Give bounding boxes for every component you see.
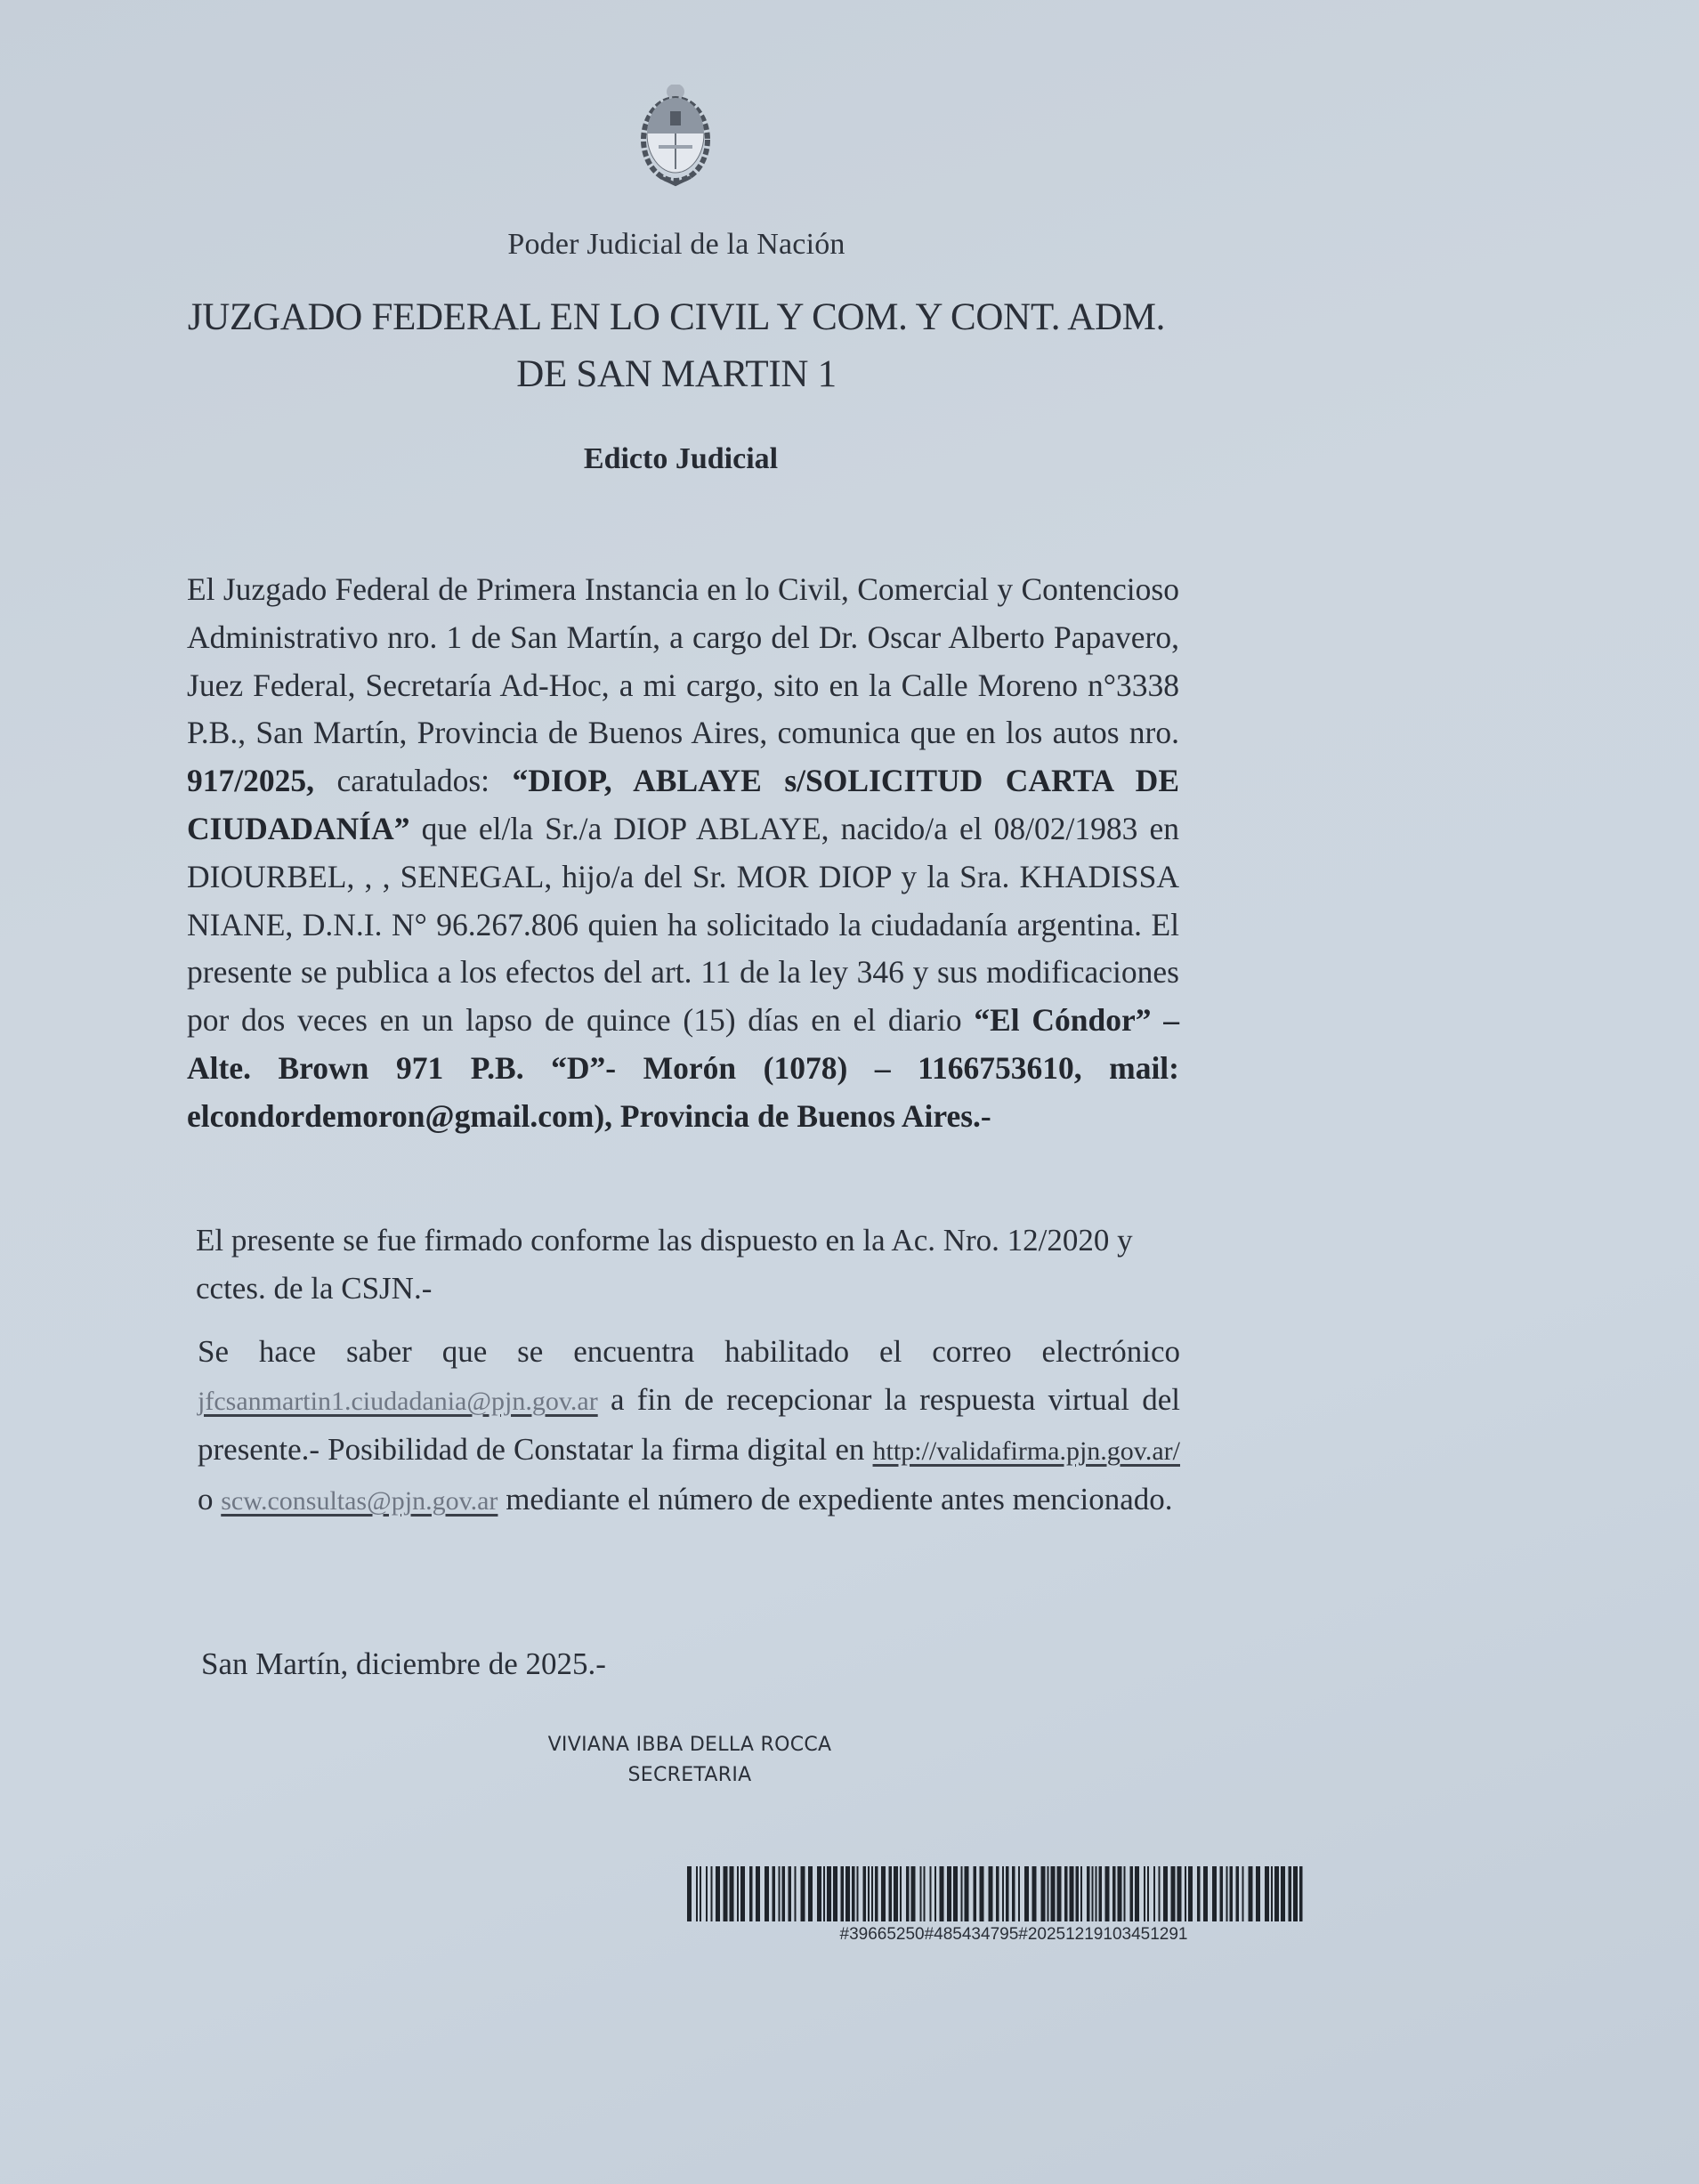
signature-block: VIVIANA IBBA DELLA ROCCA SECRETARIA: [498, 1730, 881, 1791]
validation-link[interactable]: http://validafirma.pjn.gov.ar/: [873, 1436, 1180, 1466]
signature-notice-paragraph: El presente se fue firmado conforme las …: [196, 1217, 1175, 1313]
contact-closing: mediante el número de expediente antes m…: [498, 1482, 1172, 1517]
barcode-block: #39665250#485434795#20251219103451291: [687, 1866, 1305, 1945]
court-name: JUZGADO FEDERAL EN LO CIVIL Y COM. Y CON…: [182, 289, 1170, 403]
signer-title: SECRETARIA: [498, 1760, 881, 1791]
place-and-date: San Martín, diciembre de 2025.-: [201, 1646, 606, 1682]
case-number: 917/2025,: [187, 763, 314, 798]
document-type-title: Edicto Judicial: [0, 442, 1362, 476]
institution-name: Poder Judicial de la Nación: [0, 228, 1353, 262]
email-link[interactable]: jfcsanmartin1.ciudadania@pjn.gov.ar: [198, 1387, 598, 1416]
contact-or: o: [198, 1482, 221, 1517]
barcode-number: #39665250#485434795#20251219103451291: [723, 1925, 1305, 1945]
signer-name: VIVIANA IBBA DELLA ROCCA: [498, 1730, 881, 1760]
consultas-email-link[interactable]: scw.consultas@pjn.gov.ar: [221, 1486, 498, 1516]
argentina-coat-of-arms-icon: [634, 85, 717, 191]
court-name-line-1: JUZGADO FEDERAL EN LO CIVIL Y COM. Y CON…: [182, 289, 1170, 346]
contact-intro: Se hace saber que se encuentra habilitad…: [198, 1334, 1180, 1369]
contact-paragraph: Se hace saber que se encuentra habilitad…: [198, 1328, 1180, 1525]
court-name-line-2: DE SAN MARTIN 1: [182, 346, 1170, 403]
document-page: Poder Judicial de la Nación JUZGADO FEDE…: [0, 0, 1699, 2184]
edict-main-paragraph: El Juzgado Federal de Primera Instancia …: [187, 566, 1179, 1141]
paragraph-connector: caratulados:: [314, 763, 513, 798]
barcode-icon: [687, 1866, 1305, 1921]
paragraph-intro: El Juzgado Federal de Primera Instancia …: [187, 571, 1179, 750]
